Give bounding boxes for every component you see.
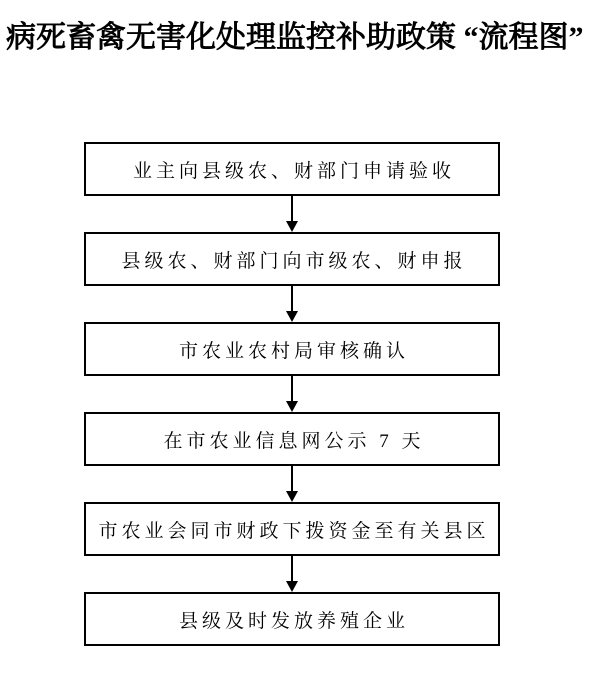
flow-step-box-6: 县级及时发放养殖企业	[84, 592, 500, 646]
arrow-stem	[291, 556, 293, 581]
down-arrow-icon	[286, 196, 298, 232]
page-title: 病死畜禽无害化处理监控补助政策 “流程图”	[0, 0, 593, 56]
flow-step-box-1: 业主向县级农、财部门申请验收	[84, 142, 500, 196]
arrow-stem	[291, 196, 293, 221]
arrow-head	[286, 221, 298, 232]
arrow-stem	[291, 286, 293, 311]
arrow-head	[286, 311, 298, 322]
flow-step-box-2: 县级农、财部门向市级农、财申报	[84, 232, 500, 286]
down-arrow-icon	[286, 286, 298, 322]
down-arrow-icon	[286, 466, 298, 502]
flow-step-box-4: 在市农业信息网公示 7 天	[84, 412, 500, 466]
arrow-head	[286, 581, 298, 592]
arrow-stem	[291, 376, 293, 401]
down-arrow-icon	[286, 556, 298, 592]
flowchart: 业主向县级农、财部门申请验收 县级农、财部门向市级农、财申报 市农业农村局审核确…	[84, 142, 500, 646]
flow-step-box-5: 市农业会同市财政下拨资金至有关县区	[84, 502, 500, 556]
arrow-stem	[291, 466, 293, 491]
arrow-head	[286, 401, 298, 412]
down-arrow-icon	[286, 376, 298, 412]
arrow-head	[286, 491, 298, 502]
flow-step-box-3: 市农业农村局审核确认	[84, 322, 500, 376]
